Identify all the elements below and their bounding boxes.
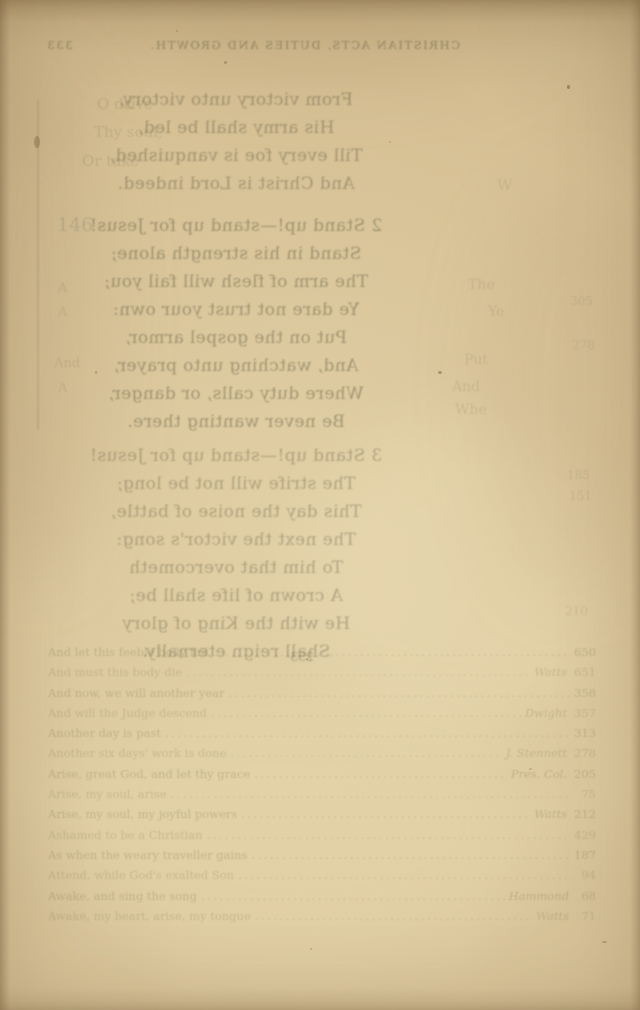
ghost-verse-line: His army shall be led, — [46, 114, 426, 142]
ghost-verse-line: And Christ is Lord indeed. — [46, 170, 426, 198]
book-page: CHRISTIAN ACTS, DUTIES AND GROWTH. 333 F… — [0, 0, 640, 1010]
ghost-verse: From victory unto victory,His army shall… — [46, 86, 426, 198]
ghost-header-title: CHRISTIAN ACTS, DUTIES AND GROWTH. — [149, 38, 460, 52]
ghost-verse-line: He with the King of glory — [46, 610, 426, 638]
ghost-header-page-number: 333 — [46, 38, 73, 52]
ghost-verse-line: This day the noise of battle, — [46, 498, 426, 526]
ghost-verse-line: Ye dare not trust your own: — [46, 296, 426, 324]
scan-speck — [95, 371, 97, 374]
scan-speck — [567, 85, 570, 89]
scan-speck — [34, 136, 40, 148]
ghost-verse-line: 3 Stand up!—stand up for Jesus! — [46, 442, 426, 470]
ghost-verse: 3 Stand up!—stand up for Jesus!The strif… — [46, 442, 426, 666]
ghost-verse-line: Shall reign eternally. — [46, 638, 426, 666]
scan-speck — [310, 948, 312, 950]
ghost-verse-line: Where duty calls, or danger, — [46, 380, 426, 408]
ghost-verse-line: The strife will not be long; — [46, 470, 426, 498]
ghost-verse-line: Till every foe is vanquished, — [46, 142, 426, 170]
ghost-verse-line: And, watching unto prayer, — [46, 352, 426, 380]
scan-speck — [176, 30, 178, 32]
ghost-verse-line: To him that overcometh — [46, 554, 426, 582]
scan-speck — [389, 141, 391, 143]
scan-speck — [224, 61, 227, 64]
ghost-verse-line: The arm of flesh will fail you; — [46, 268, 426, 296]
ghost-running-header: CHRISTIAN ACTS, DUTIES AND GROWTH. 333 — [46, 38, 460, 52]
scan-speck — [306, 658, 308, 660]
ghost-mirrored-hymn-layer: CHRISTIAN ACTS, DUTIES AND GROWTH. 333 F… — [0, 0, 640, 1010]
scan-speck — [438, 371, 442, 374]
scan-speck — [602, 941, 607, 943]
ghost-verse-line: From victory unto victory, — [46, 86, 426, 114]
ghost-footer-number: 253 — [272, 650, 332, 664]
ghost-verse-line: Be never wanting there. — [46, 408, 426, 436]
ghost-verse-line: Put on the gospel armor, — [46, 324, 426, 352]
ghost-verse-line: Stand in his strength alone; — [46, 240, 426, 268]
ghost-verse-line: 2 Stand up!—stand up for Jesus! — [46, 212, 426, 240]
ghost-verse-line: A crown of life shall be; — [46, 582, 426, 610]
ghost-verse-line: The next the victor's song: — [46, 526, 426, 554]
scan-speck — [529, 768, 532, 770]
ghost-verse: 2 Stand up!—stand up for Jesus!Stand in … — [46, 212, 426, 436]
